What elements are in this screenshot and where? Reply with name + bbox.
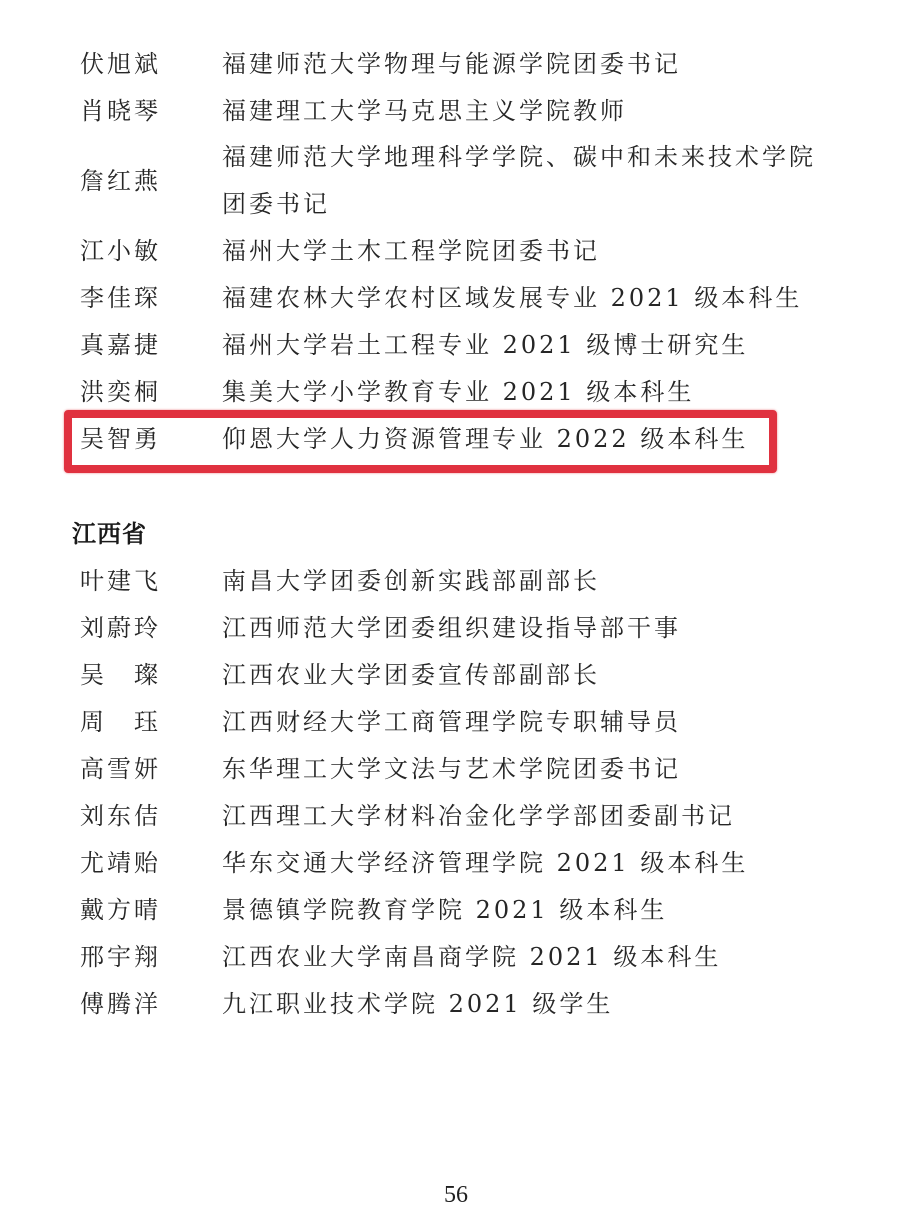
list-item: 傅腾洋 九江职业技术学院 2021 级学生	[0, 981, 912, 1027]
person-name: 李佳琛	[80, 275, 190, 321]
person-description: 福建农林大学农村区域发展专业 2021 级本科生	[222, 275, 802, 321]
list-item-highlighted: 吴智勇 仰恩大学人力资源管理专业 2022 级本科生	[0, 416, 912, 462]
person-name: 洪奕桐	[80, 369, 190, 415]
person-name: 周 珏	[80, 699, 190, 745]
list-item: 吴 璨 江西农业大学团委宣传部副部长	[0, 652, 912, 698]
person-name: 詹红燕	[80, 134, 190, 228]
list-item: 李佳琛 福建农林大学农村区域发展专业 2021 级本科生	[0, 275, 912, 321]
person-description: 九江职业技术学院 2021 级学生	[222, 981, 613, 1027]
person-name: 高雪妍	[80, 746, 190, 792]
list-item: 肖晓琴 福建理工大学马克思主义学院教师	[0, 88, 912, 134]
person-description: 福建师范大学地理科学学院、碳中和未来技术学院团委书记	[222, 134, 822, 228]
person-name: 刘蔚玲	[80, 605, 190, 651]
list-item: 伏旭斌 福建师范大学物理与能源学院团委书记	[0, 41, 912, 87]
person-description: 仰恩大学人力资源管理专业 2022 级本科生	[222, 416, 748, 462]
list-item: 刘东佶 江西理工大学材料冶金化学学部团委副书记	[0, 793, 912, 839]
person-name: 江小敏	[80, 228, 190, 274]
list-item: 邢宇翔 江西农业大学南昌商学院 2021 级本科生	[0, 934, 912, 980]
list-item: 尤靖贻 华东交通大学经济管理学院 2021 级本科生	[0, 840, 912, 886]
person-name: 伏旭斌	[80, 41, 190, 87]
person-name: 邢宇翔	[80, 934, 190, 980]
person-description: 江西理工大学材料冶金化学学部团委副书记	[222, 793, 735, 839]
section-title-jiangxi: 江西省	[72, 514, 147, 554]
person-description: 福建理工大学马克思主义学院教师	[222, 88, 627, 134]
person-description: 东华理工大学文法与艺术学院团委书记	[222, 746, 681, 792]
list-item: 刘蔚玲 江西师范大学团委组织建设指导部干事	[0, 605, 912, 651]
person-description: 福州大学土木工程学院团委书记	[222, 228, 600, 274]
person-description: 江西农业大学团委宣传部副部长	[222, 652, 600, 698]
person-description: 华东交通大学经济管理学院 2021 级本科生	[222, 840, 748, 886]
person-description: 景德镇学院教育学院 2021 级本科生	[222, 887, 667, 933]
person-name: 肖晓琴	[80, 88, 190, 134]
page-number: 56	[0, 1180, 912, 1210]
person-name: 吴 璨	[80, 652, 190, 698]
document-page: 伏旭斌 福建师范大学物理与能源学院团委书记 肖晓琴 福建理工大学马克思主义学院教…	[0, 0, 912, 1230]
person-description: 福州大学岩土工程专业 2021 级博士研究生	[222, 322, 748, 368]
person-description: 江西师范大学团委组织建设指导部干事	[222, 605, 681, 651]
person-name: 戴方晴	[80, 887, 190, 933]
person-name: 真嘉捷	[80, 322, 190, 368]
person-name: 尤靖贻	[80, 840, 190, 886]
person-name: 吴智勇	[80, 416, 190, 462]
list-item: 高雪妍 东华理工大学文法与艺术学院团委书记	[0, 746, 912, 792]
person-name: 傅腾洋	[80, 981, 190, 1027]
person-name: 刘东佶	[80, 793, 190, 839]
list-item: 洪奕桐 集美大学小学教育专业 2021 级本科生	[0, 369, 912, 415]
list-item: 江小敏 福州大学土木工程学院团委书记	[0, 228, 912, 274]
list-item: 周 珏 江西财经大学工商管理学院专职辅导员	[0, 699, 912, 745]
person-description: 南昌大学团委创新实践部副部长	[222, 558, 600, 604]
list-item: 詹红燕 福建师范大学地理科学学院、碳中和未来技术学院团委书记	[0, 134, 912, 228]
list-item: 戴方晴 景德镇学院教育学院 2021 级本科生	[0, 887, 912, 933]
list-item: 真嘉捷 福州大学岩土工程专业 2021 级博士研究生	[0, 322, 912, 368]
person-name: 叶建飞	[80, 558, 190, 604]
person-description: 福建师范大学物理与能源学院团委书记	[222, 41, 681, 87]
list-item: 叶建飞 南昌大学团委创新实践部副部长	[0, 558, 912, 604]
person-description: 江西农业大学南昌商学院 2021 级本科生	[222, 934, 721, 980]
person-description: 集美大学小学教育专业 2021 级本科生	[222, 369, 694, 415]
person-description: 江西财经大学工商管理学院专职辅导员	[222, 699, 681, 745]
